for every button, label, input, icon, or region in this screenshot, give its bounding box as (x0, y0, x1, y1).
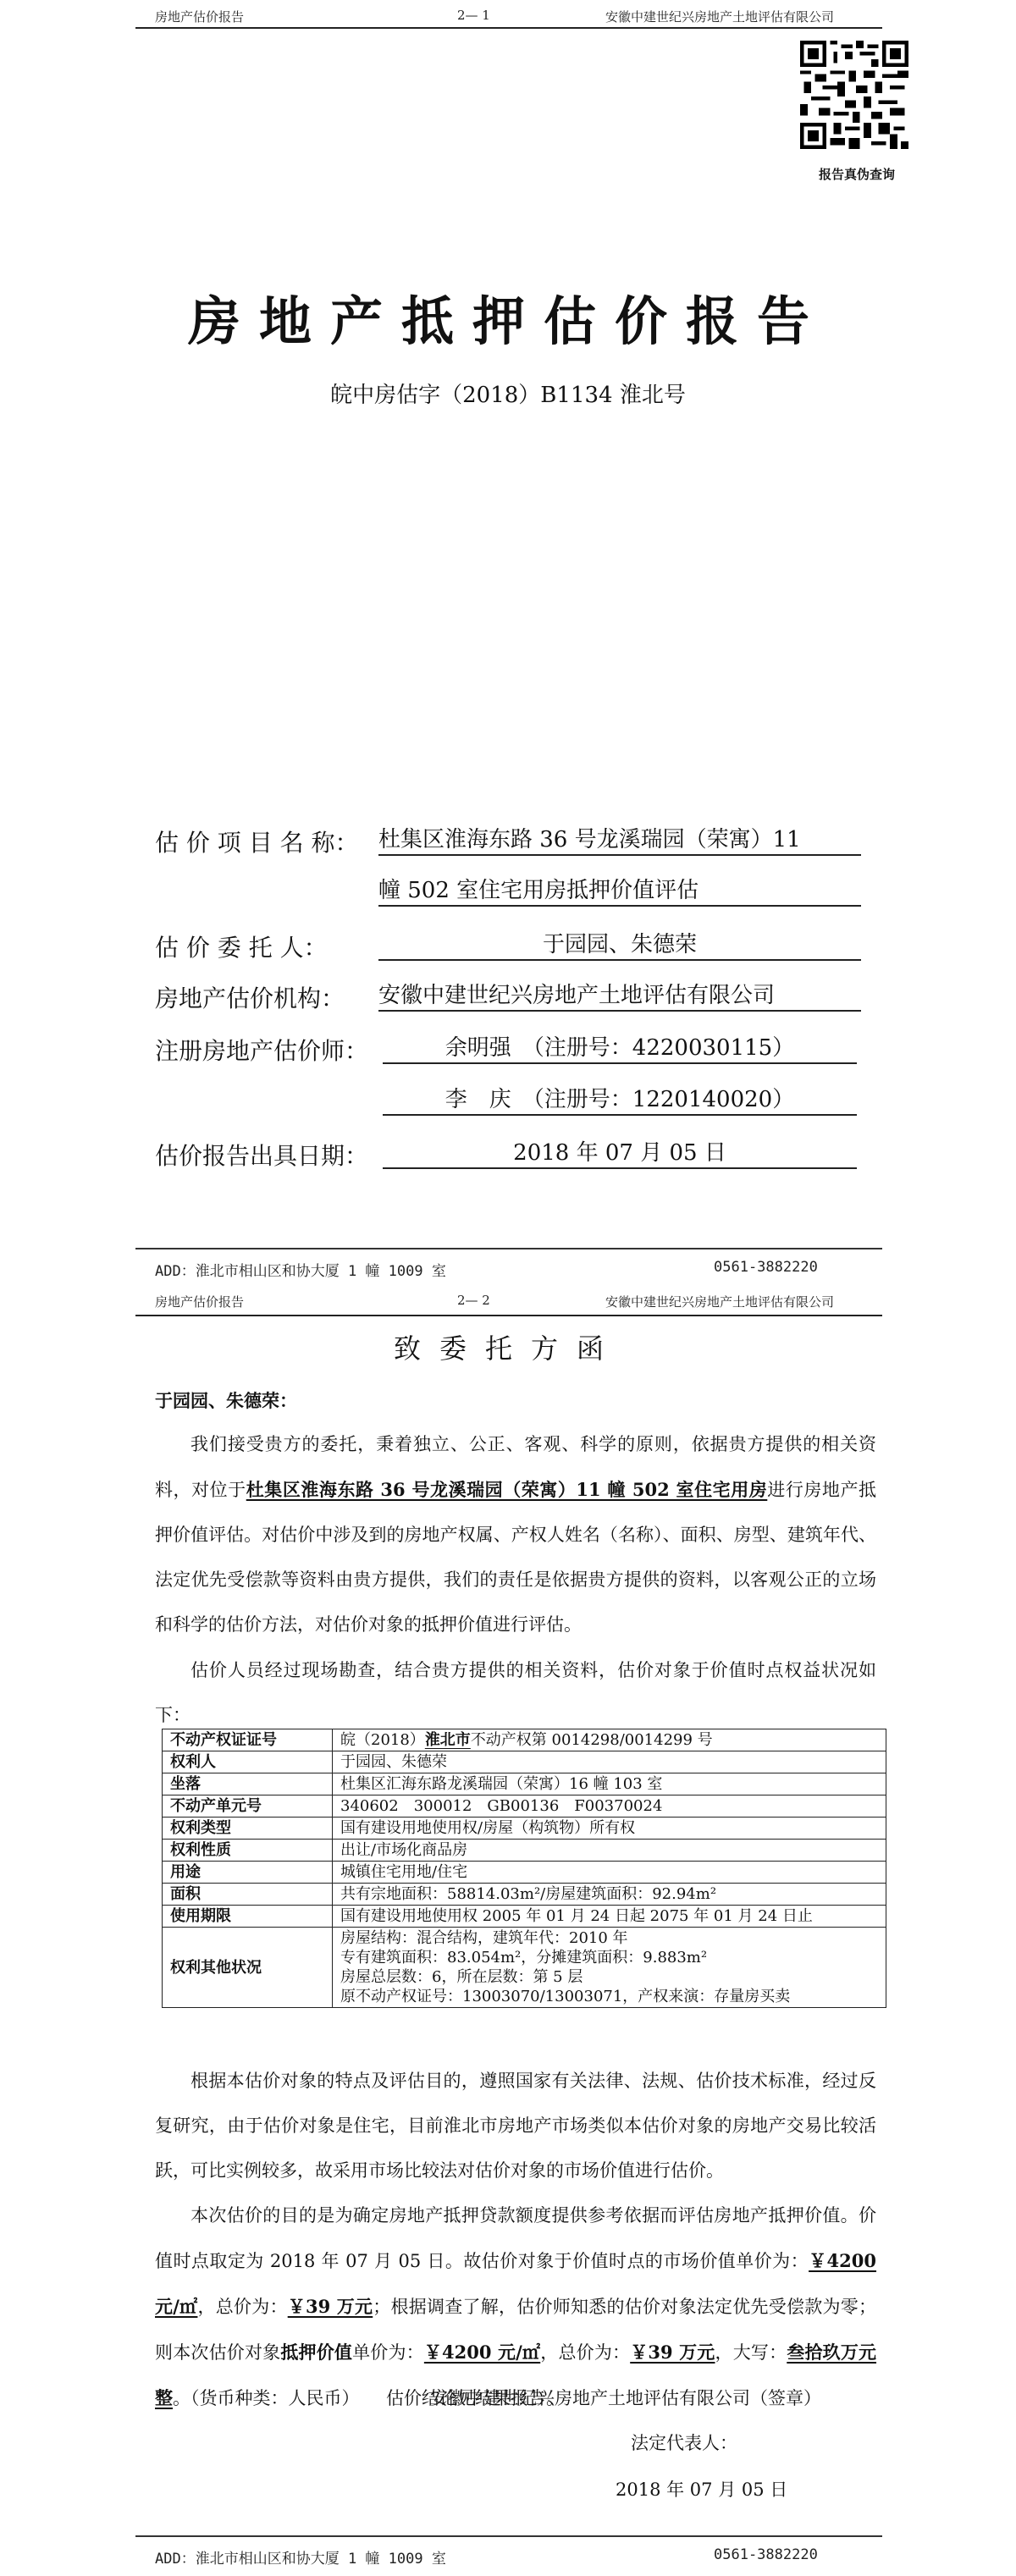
row-key: 权利性质 (163, 1840, 333, 1862)
row-value: 国有建设用地使用权/房屋（构筑物）所有权 (333, 1818, 886, 1840)
project-name-line2: 幢 502 室住宅用房抵押价值评估 (378, 876, 861, 907)
property-rights-table: 不动产权证证号 皖（2018）淮北市不动产权第 0014298/0014299 … (162, 1729, 886, 2008)
table-row: 不动产权证证号 皖（2018）淮北市不动产权第 0014298/0014299 … (163, 1729, 886, 1751)
row-value: 皖（2018）淮北市不动产权第 0014298/0014299 号 (333, 1729, 886, 1751)
mortgage-unit-price: ￥4200 元/㎡ (424, 2342, 540, 2363)
header-report-type: 房地产估价报告 (155, 1293, 244, 1310)
row-key: 权利人 (163, 1751, 333, 1773)
signature-date: 2018 年 07 月 05 日 (616, 2476, 787, 2502)
report-title: 房地产抵押估价报告 (127, 279, 889, 355)
client-value: 于园园、朱德荣 (378, 930, 861, 961)
row-key: 坐落 (163, 1773, 333, 1795)
survey-paragraph: 估价人员经过现场勘查，结合贵方提供的相关资料，估价对象于价值时点权益状况如下： (155, 1648, 876, 1738)
mortgage-value-label: 抵押价值 (280, 2342, 352, 2363)
header-page-number: 2— 1 (457, 8, 490, 23)
row-key: 权利其他状况 (163, 1928, 333, 2008)
report-date-label: 估价报告出具日期： (155, 1138, 368, 1172)
table-row: 权利类型国有建设用地使用权/房屋（构筑物）所有权 (163, 1818, 886, 1840)
report-date-value: 2018 年 07 月 05 日 (383, 1139, 857, 1169)
header-divider (135, 1315, 882, 1316)
table-row: 权利性质出让/市场化商品房 (163, 1840, 886, 1862)
signature-company: 安徽中建世纪兴房地产土地评估有限公司（签章） (430, 2385, 821, 2410)
qr-caption: 报告真伪查询 (803, 165, 911, 183)
appraiser-2: 李 庆 （注册号：1220140020） (383, 1085, 857, 1116)
row-key: 面积 (163, 1884, 333, 1906)
row-value: 房屋结构：混合结构，建筑年代：2010 年 专有建筑面积：83.054m²，分摊… (333, 1928, 886, 2008)
table-row: 权利人于园园、朱德荣 (163, 1751, 886, 1773)
report-code: 皖中房估字（2018）B1134 淮北号 (127, 378, 889, 409)
footer-divider (135, 2535, 882, 2537)
mortgage-total-price: ￥39 万元 (630, 2342, 715, 2363)
other-line: 专有建筑面积：83.054m²，分摊建筑面积：9.883m² (340, 1948, 878, 1967)
header-report-type: 房地产估价报告 (155, 8, 244, 25)
method-paragraph: 根据本估价对象的特点及评估目的，遵照国家有关法律、法规、估价技术标准，经过反复研… (155, 2059, 876, 2193)
other-line: 原不动产权证号：13003070/13003071，产权来演：存量房买卖 (340, 1987, 878, 2006)
header-company: 安徽中建世纪兴房地产土地评估有限公司 (605, 8, 834, 25)
salutation: 于园园、朱德荣： (155, 1388, 876, 1414)
property-address: 杜集区淮海东路 36 号龙溪瑞园（荣寓）11 幢 502 室住宅用房 (246, 1479, 768, 1500)
market-total-price: ￥39 万元 (288, 2296, 373, 2317)
project-name-label: 估 价 项 目 名 称： (155, 825, 359, 858)
other-line: 房屋结构：混合结构，建筑年代：2010 年 (340, 1928, 878, 1948)
row-value: 出让/市场化商品房 (333, 1840, 886, 1862)
table-row: 使用期限国有建设用地使用权 2005 年 01 月 24 日起 2075 年 0… (163, 1906, 886, 1928)
row-key: 权利类型 (163, 1818, 333, 1840)
row-key: 用途 (163, 1862, 333, 1884)
footer-phone: 0561-3882220 (714, 2546, 818, 2563)
footer-address: ADD：淮北市相山区和协大厦 1 幢 1009 室 (155, 1259, 446, 1280)
table-row: 不动产单元号340602 300012 GB00136 F00370024 (163, 1795, 886, 1818)
row-key: 不动产单元号 (163, 1795, 333, 1818)
letter-title: 致委托方函 (127, 1327, 889, 1366)
intro-text-2: 进行房地产抵押价值评估。对估价中涉及到的房地产权属、产权人姓名（名称）、面积、房… (155, 1480, 876, 1635)
header-divider (135, 27, 882, 29)
footer-divider (135, 1248, 882, 1249)
agency-label: 房地产估价机构： (155, 980, 345, 1014)
header-company: 安徽中建世纪兴房地产土地评估有限公司 (605, 1293, 834, 1310)
row-value: 共有宗地面积：58814.03m²/房屋建筑面积：92.94m² (333, 1884, 886, 1906)
table-row: 坐落杜集区汇海东路龙溪瑞园（荣寓）16 幢 103 室 (163, 1773, 886, 1795)
footer-address: ADD：淮北市相山区和协大厦 1 幢 1009 室 (155, 2546, 446, 2568)
project-name-line1: 杜集区淮海东路 36 号龙溪瑞园（荣寓）11 (378, 825, 861, 856)
agency-value: 安徽中建世纪兴房地产土地评估有限公司 (378, 981, 861, 1012)
appraiser-1: 余明强 （注册号：4220030115） (383, 1034, 857, 1064)
table-row: 面积共有宗地面积：58814.03m²/房屋建筑面积：92.94m² (163, 1884, 886, 1906)
row-value: 于园园、朱德荣 (333, 1751, 886, 1773)
row-value: 城镇住宅用地/住宅 (333, 1862, 886, 1884)
row-key: 不动产权证证号 (163, 1729, 333, 1751)
table-row: 权利其他状况 房屋结构：混合结构，建筑年代：2010 年 专有建筑面积：83.0… (163, 1928, 886, 2008)
row-value: 杜集区汇海东路龙溪瑞园（荣寓）16 幢 103 室 (333, 1773, 886, 1795)
other-line: 房屋总层数：6，所在层数：第 5 层 (340, 1967, 878, 1987)
header-page-number: 2— 2 (457, 1293, 490, 1308)
client-label: 估 价 委 托 人： (155, 929, 328, 963)
footer-phone: 0561-3882220 (714, 1259, 818, 1276)
appraiser-label: 注册房地产估价师： (155, 1033, 368, 1067)
table-row: 用途城镇住宅用地/住宅 (163, 1862, 886, 1884)
row-value: 国有建设用地使用权 2005 年 01 月 24 日起 2075 年 01 月 … (333, 1906, 886, 1928)
intro-paragraph: 我们接受贵方的委托，秉着独立、公正、客观、科学的原则，依据贵方提供的相关资料，对… (155, 1422, 876, 1647)
row-key: 使用期限 (163, 1906, 333, 1928)
qr-code-icon[interactable] (800, 41, 908, 149)
signature-legal-rep: 法定代表人： (631, 2430, 737, 2455)
row-value: 340602 300012 GB00136 F00370024 (333, 1795, 886, 1818)
